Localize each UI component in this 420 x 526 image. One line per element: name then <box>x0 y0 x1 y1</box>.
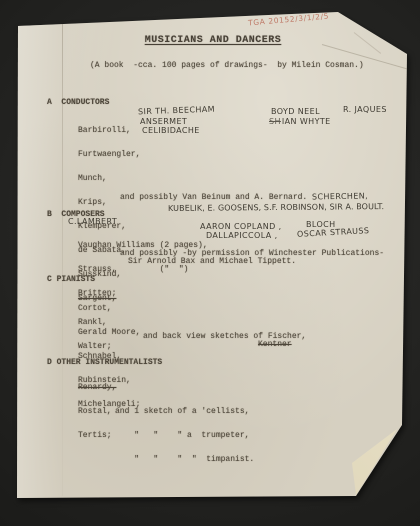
instrumentalist-name-struck: Renardy, <box>78 384 116 392</box>
vertical-crease <box>62 24 63 496</box>
pianist-name-struck: Kentner <box>258 341 292 349</box>
instrumentalists-note: and 1 sketch of a 'cellists, " " " a tru… <box>115 392 254 480</box>
note-line-ditto: " " " a trumpeter, <box>115 432 254 440</box>
composers-note-line2: Sir Arnold Bax and Michael Tippett. <box>128 258 296 266</box>
pianist-name: Gerald Moore, <box>78 329 140 337</box>
annotation-jaques: R. JAQUES <box>343 105 387 114</box>
annotation-celibidache: CELIBIDACHE <box>142 126 200 135</box>
photo-background: TGA 20152/3/1/2/5 MUSICIANS AND DANCERS … <box>0 0 420 526</box>
page-title: MUSICIANS AND DANCERS <box>16 36 410 46</box>
conductor-name: Munch, <box>78 175 140 183</box>
instrumentalist-name: Rostal, <box>78 408 116 416</box>
annotation-beecham: SIR TH. BEECHAM <box>138 105 215 117</box>
document-page: TGA 20152/3/1/2/5 MUSICIANS AND DANCERS … <box>16 10 410 500</box>
section-d-heading: D OTHER INSTRUMENTALISTS <box>47 359 162 367</box>
conductor-name: Furtwaengler, <box>78 151 140 159</box>
annotation-kubelik-goosens: KUBELIK, E. GOOSENS, S.F. ROBINSON, SIR … <box>168 202 384 213</box>
annotation-lambert: C.LAMBERT <box>68 217 117 226</box>
annotation-copland: AARON COPLAND , <box>200 222 282 231</box>
instrumentalist-name: Tertis; <box>78 432 116 440</box>
annotation-scherchen: SCHERCHEN, <box>312 192 368 202</box>
crossed-out-scribble: SH <box>269 117 281 126</box>
paper-edge-highlight <box>16 10 62 500</box>
composer-name: Strauss, (" ") <box>78 266 208 274</box>
note-line: and 1 sketch of a 'cellists, <box>115 408 254 416</box>
section-c-heading: C PIANISTS <box>47 276 95 284</box>
paper-shadow-wrap: TGA 20152/3/1/2/5 MUSICIANS AND DANCERS … <box>0 0 420 526</box>
archive-reference: TGA 20152/3/1/2/5 <box>248 11 330 27</box>
section-a-heading: A CONDUCTORS <box>47 99 109 107</box>
conductor-name: Barbirolli, <box>78 127 140 135</box>
note-line-ditto: " " " " timpanist. <box>115 456 254 464</box>
instrumentalists-list: Renardy, Rostal, Tertis; <box>78 368 116 456</box>
pianist-name: Cortot, <box>78 305 140 313</box>
annotation-ian-whyte: SHIAN WHYTE <box>269 117 331 126</box>
conductors-note: and possibly Van Beinum and A. Bernard. <box>120 194 307 202</box>
annotation-boyd-neel: BOYD NEEL <box>271 107 320 116</box>
annotation-ansermet: ANSERMET <box>140 117 187 126</box>
annotation-dallapiccola: DALLAPICCOLA , <box>206 231 278 240</box>
subtitle: (A book -cca. 100 pages of drawings- by … <box>90 62 364 70</box>
